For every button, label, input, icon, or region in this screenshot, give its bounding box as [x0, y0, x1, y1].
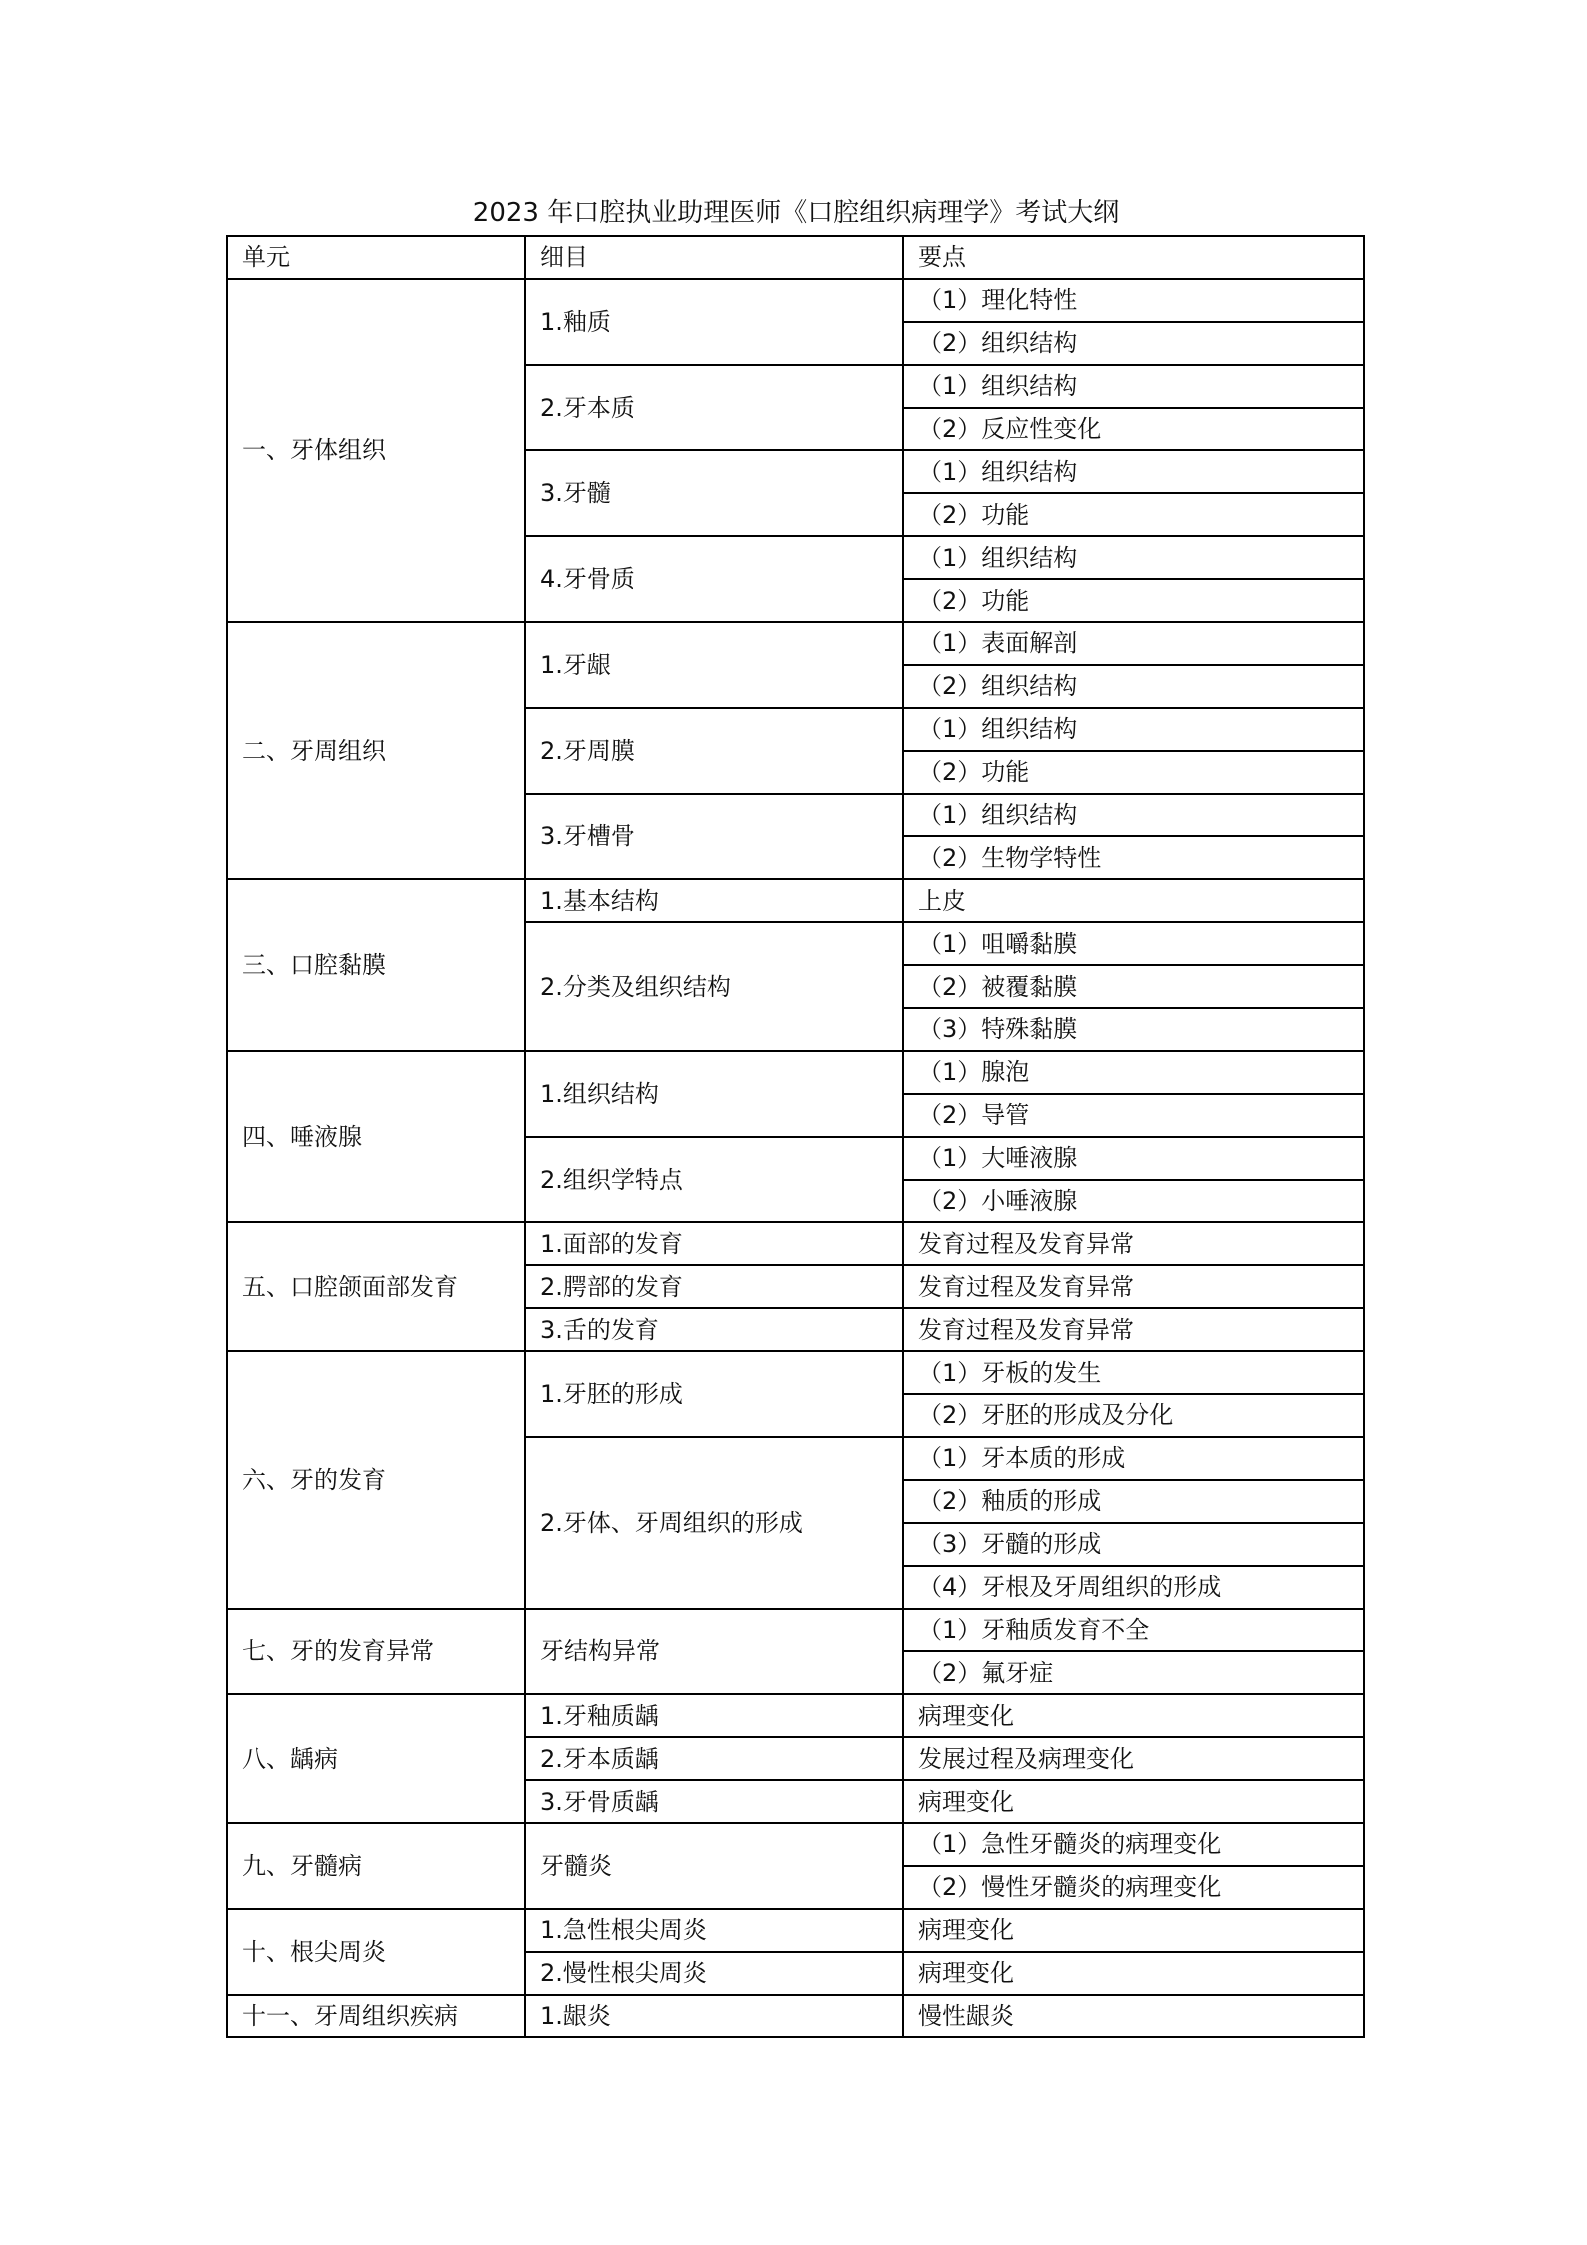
point-cell: 发育过程及发育异常	[903, 1308, 1364, 1351]
point-cell: 发育过程及发育异常	[903, 1265, 1364, 1308]
item-cell: 1.龈炎	[525, 1995, 903, 2038]
point-cell: 上皮	[903, 879, 1364, 922]
table-row: 十一、牙周组织疾病1.龈炎慢性龈炎	[227, 1995, 1364, 2038]
point-cell: 病理变化	[903, 1694, 1364, 1737]
table-row: 十、根尖周炎1.急性根尖周炎病理变化	[227, 1909, 1364, 1952]
item-cell: 1.釉质	[525, 279, 903, 365]
point-cell: 病理变化	[903, 1952, 1364, 1995]
point-cell: （2）功能	[903, 493, 1364, 536]
unit-cell: 二、牙周组织	[227, 622, 525, 879]
item-cell: 1.牙釉质龋	[525, 1694, 903, 1737]
point-cell: 病理变化	[903, 1780, 1364, 1823]
header-unit: 单元	[227, 236, 525, 279]
point-cell: （2）组织结构	[903, 322, 1364, 365]
item-cell: 1.牙龈	[525, 622, 903, 708]
point-cell: （1）牙板的发生	[903, 1351, 1364, 1394]
table-row: 五、口腔颌面部发育1.面部的发育发育过程及发育异常	[227, 1222, 1364, 1265]
item-cell: 2.分类及组织结构	[525, 922, 903, 1051]
item-cell: 3.牙骨质龋	[525, 1780, 903, 1823]
item-cell: 2.牙本质	[525, 365, 903, 451]
point-cell: （1）组织结构	[903, 365, 1364, 408]
item-cell: 1.组织结构	[525, 1051, 903, 1137]
point-cell: （2）釉质的形成	[903, 1480, 1364, 1523]
unit-cell: 八、龋病	[227, 1694, 525, 1823]
unit-cell: 七、牙的发育异常	[227, 1609, 525, 1695]
unit-cell: 六、牙的发育	[227, 1351, 525, 1608]
point-cell: （1）牙本质的形成	[903, 1437, 1364, 1480]
point-cell: （1）组织结构	[903, 794, 1364, 837]
unit-cell: 三、口腔黏膜	[227, 879, 525, 1051]
unit-cell: 九、牙髓病	[227, 1823, 525, 1909]
point-cell: （1）理化特性	[903, 279, 1364, 322]
unit-cell: 十一、牙周组织疾病	[227, 1995, 525, 2038]
point-cell: （1）组织结构	[903, 450, 1364, 493]
item-cell: 3.舌的发育	[525, 1308, 903, 1351]
point-cell: （2）生物学特性	[903, 836, 1364, 879]
header-item: 细目	[525, 236, 903, 279]
item-cell: 2.牙体、牙周组织的形成	[525, 1437, 903, 1609]
point-cell: （1）组织结构	[903, 708, 1364, 751]
table-header-row: 单元 细目 要点	[227, 236, 1364, 279]
unit-cell: 五、口腔颌面部发育	[227, 1222, 525, 1351]
item-cell: 1.牙胚的形成	[525, 1351, 903, 1437]
item-cell: 4.牙骨质	[525, 536, 903, 622]
table-row: 八、龋病1.牙釉质龋病理变化	[227, 1694, 1364, 1737]
table-row: 一、牙体组织1.釉质（1）理化特性	[227, 279, 1364, 322]
point-cell: （2）被覆黏膜	[903, 965, 1364, 1008]
item-cell: 2.慢性根尖周炎	[525, 1952, 903, 1995]
point-cell: （1）腺泡	[903, 1051, 1364, 1094]
document-title: 2023 年口腔执业助理医师《口腔组织病理学》考试大纲	[0, 195, 1587, 231]
header-point: 要点	[903, 236, 1364, 279]
point-cell: （1）咀嚼黏膜	[903, 922, 1364, 965]
point-cell: （1）大唾液腺	[903, 1137, 1364, 1180]
table-row: 六、牙的发育1.牙胚的形成（1）牙板的发生	[227, 1351, 1364, 1394]
point-cell: 病理变化	[903, 1909, 1364, 1952]
unit-cell: 四、唾液腺	[227, 1051, 525, 1223]
item-cell: 牙结构异常	[525, 1609, 903, 1695]
point-cell: 发育过程及发育异常	[903, 1222, 1364, 1265]
table-row: 七、牙的发育异常牙结构异常（1）牙釉质发育不全	[227, 1609, 1364, 1652]
item-cell: 2.牙本质龋	[525, 1737, 903, 1780]
point-cell: （2）小唾液腺	[903, 1180, 1364, 1223]
point-cell: （1）牙釉质发育不全	[903, 1609, 1364, 1652]
item-cell: 1.基本结构	[525, 879, 903, 922]
item-cell: 2.牙周膜	[525, 708, 903, 794]
point-cell: （2）功能	[903, 751, 1364, 794]
point-cell: （2）功能	[903, 579, 1364, 622]
item-cell: 3.牙髓	[525, 450, 903, 536]
point-cell: （3）牙髓的形成	[903, 1523, 1364, 1566]
item-cell: 牙髓炎	[525, 1823, 903, 1909]
point-cell: （2）氟牙症	[903, 1651, 1364, 1694]
point-cell: （2）牙胚的形成及分化	[903, 1394, 1364, 1437]
point-cell: （2）反应性变化	[903, 408, 1364, 451]
point-cell: 慢性龈炎	[903, 1995, 1364, 2038]
table-row: 四、唾液腺1.组织结构（1）腺泡	[227, 1051, 1364, 1094]
point-cell: （2）导管	[903, 1094, 1364, 1137]
item-cell: 1.急性根尖周炎	[525, 1909, 903, 1952]
point-cell: （1）组织结构	[903, 536, 1364, 579]
point-cell: （1）急性牙髓炎的病理变化	[903, 1823, 1364, 1866]
table-row: 三、口腔黏膜1.基本结构上皮	[227, 879, 1364, 922]
point-cell: （3）特殊黏膜	[903, 1008, 1364, 1051]
unit-cell: 一、牙体组织	[227, 279, 525, 622]
point-cell: （4）牙根及牙周组织的形成	[903, 1566, 1364, 1609]
item-cell: 2.腭部的发育	[525, 1265, 903, 1308]
table-row: 二、牙周组织1.牙龈（1）表面解剖	[227, 622, 1364, 665]
unit-cell: 十、根尖周炎	[227, 1909, 525, 1995]
item-cell: 1.面部的发育	[525, 1222, 903, 1265]
syllabus-table: 单元 细目 要点 一、牙体组织1.釉质（1）理化特性（2）组织结构2.牙本质（1…	[226, 235, 1365, 2038]
point-cell: （1）表面解剖	[903, 622, 1364, 665]
point-cell: （2）慢性牙髓炎的病理变化	[903, 1866, 1364, 1909]
point-cell: （2）组织结构	[903, 665, 1364, 708]
item-cell: 2.组织学特点	[525, 1137, 903, 1223]
point-cell: 发展过程及病理变化	[903, 1737, 1364, 1780]
item-cell: 3.牙槽骨	[525, 794, 903, 880]
table-row: 九、牙髓病牙髓炎（1）急性牙髓炎的病理变化	[227, 1823, 1364, 1866]
